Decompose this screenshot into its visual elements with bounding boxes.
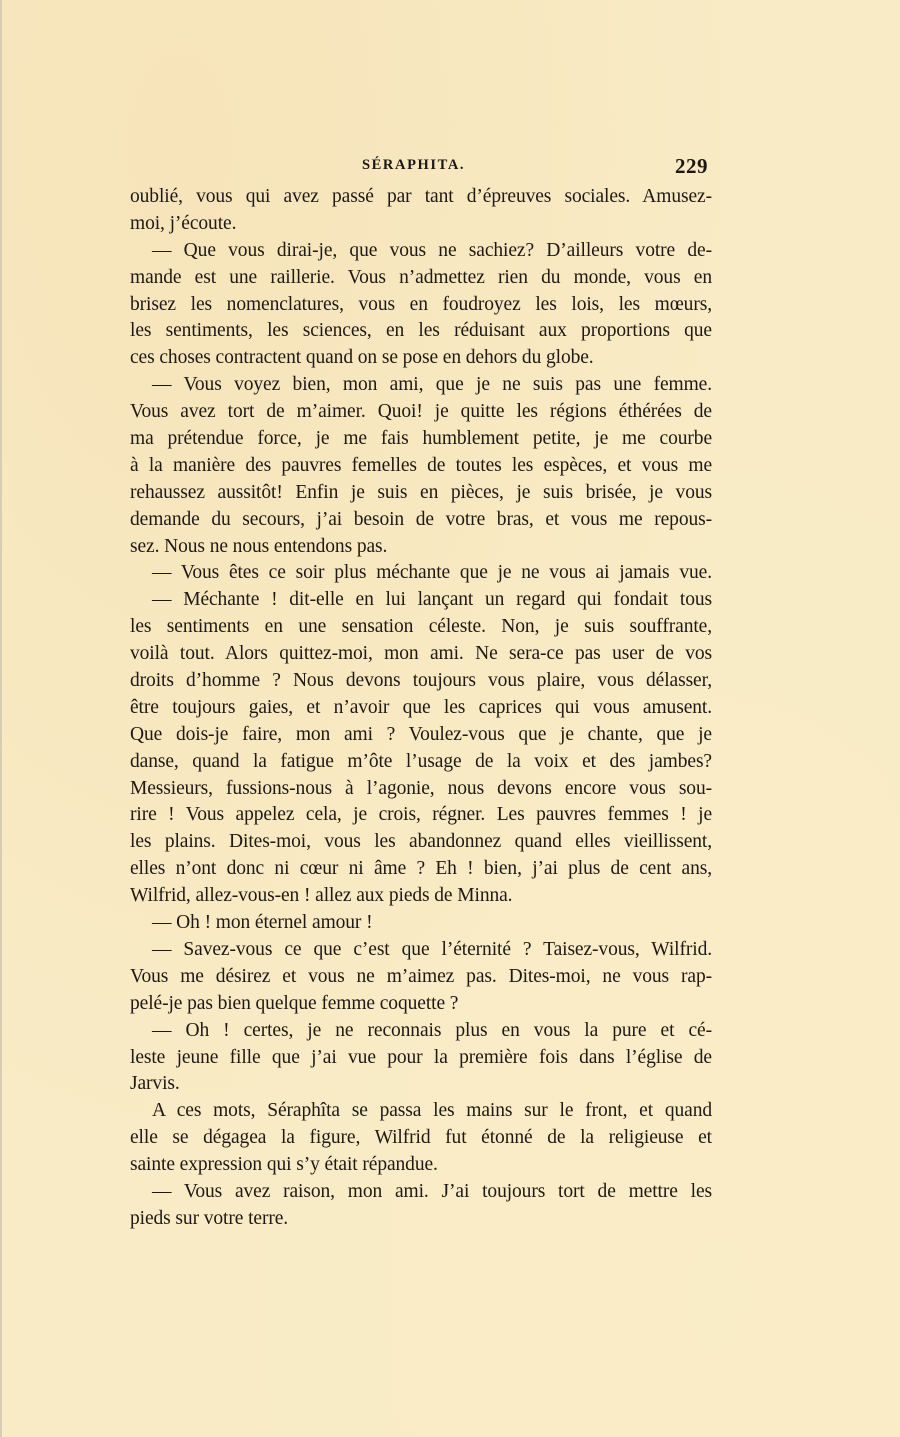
text-line: Que dois-je faire, mon ami ? Voulez-vous… — [130, 722, 712, 749]
page-number: 229 — [675, 154, 708, 179]
text-line: les sentiments, les sciences, en les réd… — [130, 318, 712, 345]
running-header: SÉRAPHITA. 229 — [130, 157, 710, 179]
text-line: Wilfrid, allez-vous-en ! allez aux pieds… — [130, 883, 712, 910]
text-line: Vous me désirez et vous ne m’aimez pas. … — [130, 964, 712, 991]
text-line: droits d’homme ? Nous devons toujours vo… — [130, 668, 712, 695]
text-line: elles n’ont donc ni cœur ni âme ? Eh ! b… — [130, 856, 712, 883]
text-line: — Vous voyez bien, mon ami, que je ne su… — [130, 372, 712, 399]
text-line: — Méchante ! dit-elle en lui lançant un … — [130, 587, 712, 614]
text-line: — Oh ! mon éternel amour ! — [130, 910, 712, 937]
text-line: oublié, vous qui avez passé par tant d’é… — [130, 184, 712, 211]
text-line: demande du secours, j’ai besoin de votre… — [130, 507, 712, 534]
text-line: sez. Nous ne nous entendons pas. — [130, 534, 712, 561]
text-line: danse, quand la fatigue m’ôte l’usage de… — [130, 749, 712, 776]
text-line: leste jeune fille que j’ai vue pour la p… — [130, 1045, 712, 1072]
text-line: moi, j’écoute. — [130, 211, 712, 238]
text-line: rehaussez aussitôt! Enfin je suis en piè… — [130, 480, 712, 507]
text-line: les sentiments en une sensation céleste.… — [130, 614, 712, 641]
text-line: à la manière des pauvres femelles de tou… — [130, 453, 712, 480]
text-line: pelé-je pas bien quelque femme coquette … — [130, 991, 712, 1018]
text-line: être toujours gaies, et n’avoir que les … — [130, 695, 712, 722]
text-line: Vous avez tort de m’aimer. Quoi! je quit… — [130, 399, 712, 426]
text-line: mande est une raillerie. Vous n’admettez… — [130, 265, 712, 292]
text-line: Jarvis. — [130, 1071, 712, 1098]
text-line: sainte expression qui s’y était répandue… — [130, 1152, 712, 1179]
text-line: rire ! Vous appelez cela, je crois, régn… — [130, 802, 712, 829]
text-line: — Que vous dirai-je, que vous ne sachiez… — [130, 238, 712, 265]
text-line: — Oh ! certes, je ne reconnais plus en v… — [130, 1018, 712, 1045]
text-line: — Vous avez raison, mon ami. J’ai toujou… — [130, 1179, 712, 1206]
text-line: les plains. Dites-moi, vous les abandonn… — [130, 829, 712, 856]
text-line: — Vous êtes ce soir plus méchante que je… — [130, 560, 712, 587]
page-edge — [0, 0, 2, 1437]
text-line: voilà tout. Alors quittez-moi, mon ami. … — [130, 641, 712, 668]
text-line: ces choses contractent quand on se pose … — [130, 345, 712, 372]
text-line: Messieurs, fussions-nous à l’agonie, nou… — [130, 776, 712, 803]
book-page: SÉRAPHITA. 229 oublié, vous qui avez pas… — [0, 0, 900, 1437]
text-line: brisez les nomenclatures, vous en foudro… — [130, 292, 712, 319]
text-line: A ces mots, Séraphîta se passa les mains… — [130, 1098, 712, 1125]
text-line: elle se dégagea la figure, Wilfrid fut é… — [130, 1125, 712, 1152]
text-line: — Savez-vous ce que c’est que l’éternité… — [130, 937, 712, 964]
text-line: ma prétendue force, je me fais humblemen… — [130, 426, 712, 453]
running-title: SÉRAPHITA. — [362, 157, 465, 174]
body-text: oublié, vous qui avez passé par tant d’é… — [130, 184, 712, 1233]
text-line: pieds sur votre terre. — [130, 1206, 712, 1233]
